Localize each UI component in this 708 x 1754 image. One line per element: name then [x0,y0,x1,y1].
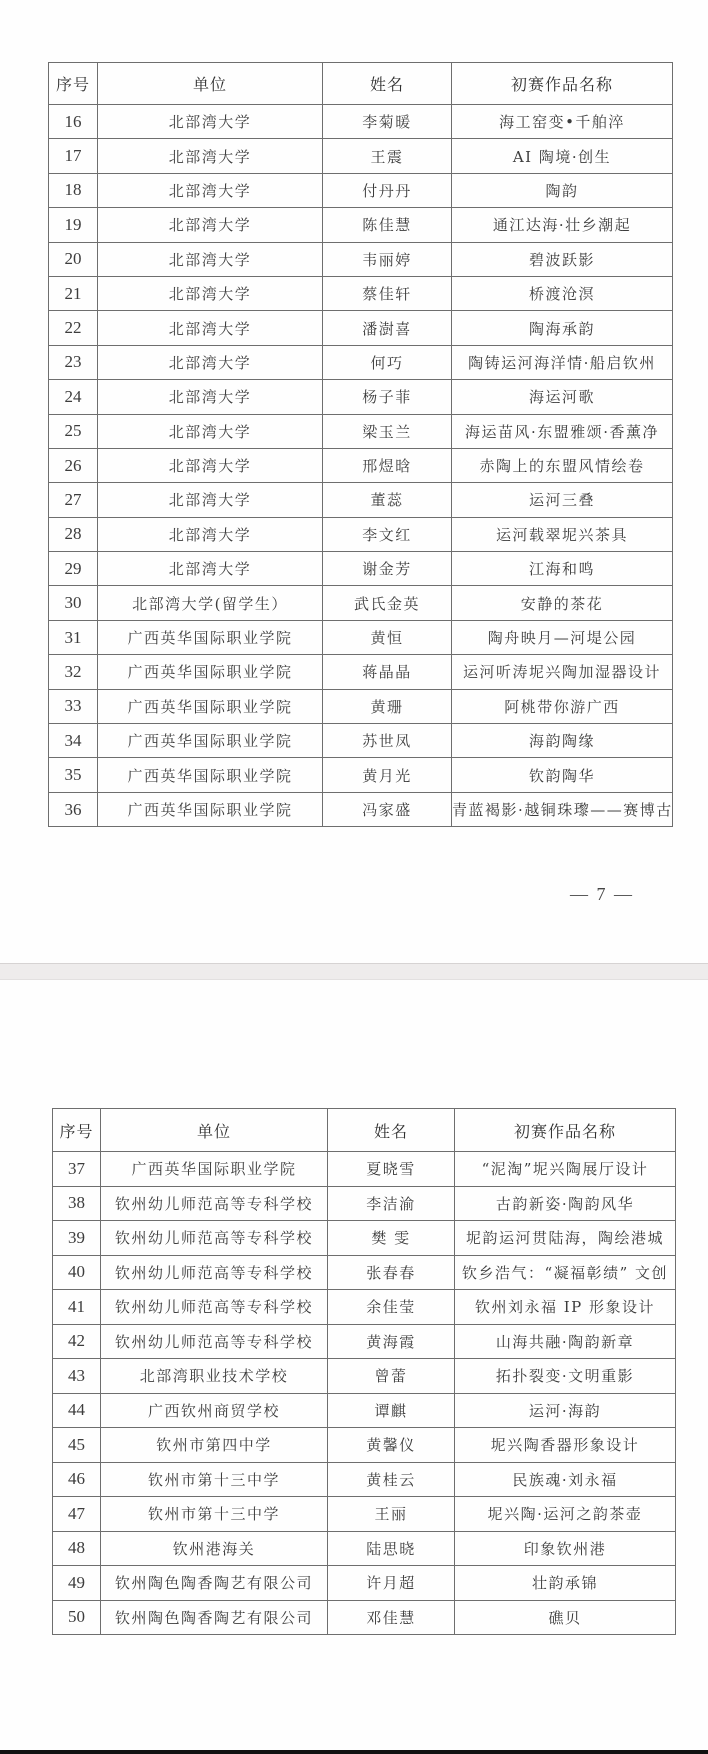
cell-work: 运河·海韵 [455,1393,676,1428]
cell-work: 陶海承韵 [452,311,673,345]
table-header-row: 序号 单位 姓名 初赛作品名称 [49,63,673,105]
cell-name: 武氏金英 [323,586,452,620]
table-row: 36广西英华国际职业学院冯家盛青蓝褐影·越铜珠瓈——赛博古 [49,792,673,826]
cell-work: 山海共融·陶韵新章 [455,1324,676,1359]
cell-work: 运河三叠 [452,483,673,517]
table-row: 31广西英华国际职业学院黄恒陶舟映月—河堤公园 [49,620,673,654]
cell-work: 钦韵陶华 [452,758,673,792]
cell-unit: 钦州幼儿师范高等专科学校 [101,1186,328,1221]
cell-unit: 广西钦州商贸学校 [101,1393,328,1428]
cell-work: “泥淘”坭兴陶展厅设计 [455,1152,676,1187]
cell-work: 海韵陶缘 [452,724,673,758]
cell-unit: 北部湾大学 [98,448,323,482]
cell-work: AI 陶境·创生 [452,139,673,173]
cell-name: 谢金芳 [323,552,452,586]
cell-unit: 北部湾大学 [98,483,323,517]
cell-work: 海运苗风·东盟雅颂·香薰净 [452,414,673,448]
cell-work: 礁贝 [455,1600,676,1635]
cell-unit: 北部湾大学 [98,380,323,414]
header-unit: 单位 [101,1109,328,1152]
cell-unit: 北部湾大学 [98,311,323,345]
table-header-row: 序号 单位 姓名 初赛作品名称 [53,1109,676,1152]
cell-unit: 钦州市第十三中学 [101,1497,328,1532]
cell-work: 运河听涛坭兴陶加湿器设计 [452,655,673,689]
cell-unit: 广西英华国际职业学院 [98,620,323,654]
cell-unit: 钦州陶色陶香陶艺有限公司 [101,1566,328,1601]
cell-name: 潘澍喜 [323,311,452,345]
table-row: 33广西英华国际职业学院黄珊阿桃带你游广西 [49,689,673,723]
page-number: — 7 — [570,884,634,905]
cell-seq: 43 [53,1359,101,1394]
participants-table-page-7: 序号 单位 姓名 初赛作品名称 16北部湾大学李菊暖海工窑变•千舶淬17北部湾大… [48,62,673,827]
cell-seq: 33 [49,689,98,723]
table-body: 37广西英华国际职业学院夏晓雪“泥淘”坭兴陶展厅设计38钦州幼儿师范高等专科学校… [53,1152,676,1635]
cell-work: 壮韵承锦 [455,1566,676,1601]
table-row: 45钦州市第四中学黄馨仪坭兴陶香器形象设计 [53,1428,676,1463]
cell-work: 阿桃带你游广西 [452,689,673,723]
cell-name: 黄海霞 [328,1324,455,1359]
cell-name: 黄恒 [323,620,452,654]
cell-work: 海工窑变•千舶淬 [452,105,673,139]
table-row: 23北部湾大学何巧陶铸运河海洋情·船启钦州 [49,345,673,379]
cell-seq: 41 [53,1290,101,1325]
cell-name: 黄月光 [323,758,452,792]
cell-work: 赤陶上的东盟风情绘卷 [452,448,673,482]
cell-unit: 北部湾大学 [98,242,323,276]
cell-unit: 广西英华国际职业学院 [98,689,323,723]
cell-name: 许月超 [328,1566,455,1601]
cell-name: 陆思晓 [328,1531,455,1566]
cell-work: 坭兴陶·运河之韵茶壶 [455,1497,676,1532]
cell-unit: 北部湾职业技术学校 [101,1359,328,1394]
cell-seq: 21 [49,276,98,310]
table-row: 30北部湾大学(留学生）武氏金英安静的茶花 [49,586,673,620]
table-row: 16北部湾大学李菊暖海工窑变•千舶淬 [49,105,673,139]
table-row: 44广西钦州商贸学校谭麒运河·海韵 [53,1393,676,1428]
cell-seq: 48 [53,1531,101,1566]
header-work: 初赛作品名称 [452,63,673,105]
cell-work: 碧波跃影 [452,242,673,276]
cell-unit: 北部湾大学 [98,276,323,310]
table-row: 19北部湾大学陈佳慧通江达海·壮乡潮起 [49,208,673,242]
table-row: 43北部湾职业技术学校曾蕾拓扑裂变·文明重影 [53,1359,676,1394]
cell-name: 樊 雯 [328,1221,455,1256]
cell-seq: 28 [49,517,98,551]
cell-unit: 广西英华国际职业学院 [98,724,323,758]
cell-name: 夏晓雪 [328,1152,455,1187]
cell-work: 印象钦州港 [455,1531,676,1566]
table-row: 38钦州幼儿师范高等专科学校李洁渝古韵新姿·陶韵风华 [53,1186,676,1221]
cell-seq: 45 [53,1428,101,1463]
cell-work: 陶舟映月—河堤公园 [452,620,673,654]
cell-seq: 16 [49,105,98,139]
cell-work: 青蓝褐影·越铜珠瓈——赛博古 [452,792,673,826]
cell-name: 李洁渝 [328,1186,455,1221]
cell-seq: 50 [53,1600,101,1635]
table-row: 47钦州市第十三中学王丽坭兴陶·运河之韵茶壶 [53,1497,676,1532]
table-row: 41钦州幼儿师范高等专科学校余佳莹钦州刘永福 IP 形象设计 [53,1290,676,1325]
cell-seq: 29 [49,552,98,586]
cell-unit: 北部湾大学(留学生） [98,586,323,620]
cell-work: 古韵新姿·陶韵风华 [455,1186,676,1221]
cell-name: 邓佳慧 [328,1600,455,1635]
cell-name: 邢煜晗 [323,448,452,482]
cell-name: 梁玉兰 [323,414,452,448]
cell-name: 李菊暖 [323,105,452,139]
cell-seq: 38 [53,1186,101,1221]
cell-name: 何巧 [323,345,452,379]
cell-name: 李文红 [323,517,452,551]
table-row: 34广西英华国际职业学院苏世凤海韵陶缘 [49,724,673,758]
table-row: 37广西英华国际职业学院夏晓雪“泥淘”坭兴陶展厅设计 [53,1152,676,1187]
cell-seq: 20 [49,242,98,276]
cell-name: 张春春 [328,1255,455,1290]
cell-unit: 北部湾大学 [98,345,323,379]
cell-name: 王震 [323,139,452,173]
cell-seq: 19 [49,208,98,242]
cell-work: 陶韵 [452,173,673,207]
cell-unit: 钦州市第四中学 [101,1428,328,1463]
table-row: 27北部湾大学董蕊运河三叠 [49,483,673,517]
table-row: 18北部湾大学付丹丹陶韵 [49,173,673,207]
table-row: 20北部湾大学韦丽婷碧波跃影 [49,242,673,276]
cell-name: 冯家盛 [323,792,452,826]
cell-name: 蒋晶晶 [323,655,452,689]
cell-seq: 39 [53,1221,101,1256]
cell-seq: 23 [49,345,98,379]
cell-seq: 18 [49,173,98,207]
cell-work: 坭兴陶香器形象设计 [455,1428,676,1463]
table-row: 42钦州幼儿师范高等专科学校黄海霞山海共融·陶韵新章 [53,1324,676,1359]
table-row: 17北部湾大学王震AI 陶境·创生 [49,139,673,173]
cell-unit: 广西英华国际职业学院 [98,655,323,689]
cell-unit: 广西英华国际职业学院 [98,758,323,792]
cell-name: 曾蕾 [328,1359,455,1394]
header-work: 初赛作品名称 [455,1109,676,1152]
header-name: 姓名 [328,1109,455,1152]
cell-seq: 37 [53,1152,101,1187]
table-row: 29北部湾大学谢金芳江海和鸣 [49,552,673,586]
cell-name: 王丽 [328,1497,455,1532]
cell-unit: 广西英华国际职业学院 [101,1152,328,1187]
cell-unit: 北部湾大学 [98,517,323,551]
table-row: 46钦州市第十三中学黄桂云民族魂·刘永福 [53,1462,676,1497]
cell-seq: 34 [49,724,98,758]
cell-work: 桥渡沧溟 [452,276,673,310]
cell-work: 坭韵运河贯陆海，陶绘港城 [455,1221,676,1256]
cell-work: 钦州刘永福 IP 形象设计 [455,1290,676,1325]
cell-unit: 钦州幼儿师范高等专科学校 [101,1221,328,1256]
cell-unit: 北部湾大学 [98,414,323,448]
cell-seq: 44 [53,1393,101,1428]
cell-seq: 26 [49,448,98,482]
cell-name: 韦丽婷 [323,242,452,276]
cell-name: 杨子菲 [323,380,452,414]
table-row: 21北部湾大学蔡佳轩桥渡沧溟 [49,276,673,310]
cell-name: 余佳莹 [328,1290,455,1325]
cell-work: 安静的茶花 [452,586,673,620]
cell-seq: 32 [49,655,98,689]
cell-seq: 24 [49,380,98,414]
cell-seq: 22 [49,311,98,345]
cell-name: 黄馨仪 [328,1428,455,1463]
header-seq: 序号 [49,63,98,105]
cell-name: 苏世凤 [323,724,452,758]
cell-unit: 钦州陶色陶香陶艺有限公司 [101,1600,328,1635]
table-row: 25北部湾大学梁玉兰海运苗风·东盟雅颂·香薰净 [49,414,673,448]
cell-work: 民族魂·刘永福 [455,1462,676,1497]
cell-name: 董蕊 [323,483,452,517]
cell-seq: 47 [53,1497,101,1532]
cell-work: 拓扑裂变·文明重影 [455,1359,676,1394]
cell-seq: 49 [53,1566,101,1601]
cell-unit: 钦州港海关 [101,1531,328,1566]
cell-unit: 钦州市第十三中学 [101,1462,328,1497]
cell-unit: 北部湾大学 [98,552,323,586]
cell-seq: 46 [53,1462,101,1497]
cell-work: 江海和鸣 [452,552,673,586]
cell-seq: 40 [53,1255,101,1290]
cell-unit: 钦州幼儿师范高等专科学校 [101,1290,328,1325]
cell-unit: 北部湾大学 [98,105,323,139]
table-row: 32广西英华国际职业学院蒋晶晶运河听涛坭兴陶加湿器设计 [49,655,673,689]
table-row: 39钦州幼儿师范高等专科学校樊 雯坭韵运河贯陆海，陶绘港城 [53,1221,676,1256]
cell-work: 海运河歌 [452,380,673,414]
table-row: 50钦州陶色陶香陶艺有限公司邓佳慧礁贝 [53,1600,676,1635]
cell-unit: 钦州幼儿师范高等专科学校 [101,1255,328,1290]
header-seq: 序号 [53,1109,101,1152]
cell-name: 陈佳慧 [323,208,452,242]
cell-unit: 北部湾大学 [98,173,323,207]
cell-unit: 北部湾大学 [98,208,323,242]
table-row: 22北部湾大学潘澍喜陶海承韵 [49,311,673,345]
page-separator [0,963,708,980]
participants-table-page-8: 序号 单位 姓名 初赛作品名称 37广西英华国际职业学院夏晓雪“泥淘”坭兴陶展厅… [52,1108,676,1635]
cell-seq: 17 [49,139,98,173]
cell-unit: 钦州幼儿师范高等专科学校 [101,1324,328,1359]
cell-seq: 25 [49,414,98,448]
document-page-7: 序号 单位 姓名 初赛作品名称 16北部湾大学李菊暖海工窑变•千舶淬17北部湾大… [0,0,708,963]
table-row: 28北部湾大学李文红运河载翠坭兴茶具 [49,517,673,551]
cell-name: 黄桂云 [328,1462,455,1497]
cell-work: 通江达海·壮乡潮起 [452,208,673,242]
cell-name: 付丹丹 [323,173,452,207]
cell-seq: 42 [53,1324,101,1359]
cell-work: 运河载翠坭兴茶具 [452,517,673,551]
header-unit: 单位 [98,63,323,105]
cell-unit: 北部湾大学 [98,139,323,173]
table-body: 16北部湾大学李菊暖海工窑变•千舶淬17北部湾大学王震AI 陶境·创生18北部湾… [49,105,673,827]
cell-seq: 35 [49,758,98,792]
cell-seq: 27 [49,483,98,517]
cell-name: 蔡佳轩 [323,276,452,310]
table-row: 35广西英华国际职业学院黄月光钦韵陶华 [49,758,673,792]
table-row: 24北部湾大学杨子菲海运河歌 [49,380,673,414]
cell-unit: 广西英华国际职业学院 [98,792,323,826]
cell-work: 钦乡浩气：“凝福彰绩” 文创 [455,1255,676,1290]
table-row: 48钦州港海关陆思晓印象钦州港 [53,1531,676,1566]
table-row: 49钦州陶色陶香陶艺有限公司许月超壮韵承锦 [53,1566,676,1601]
cell-work: 陶铸运河海洋情·船启钦州 [452,345,673,379]
table-row: 26北部湾大学邢煜晗赤陶上的东盟风情绘卷 [49,448,673,482]
cell-seq: 36 [49,792,98,826]
cell-name: 谭麒 [328,1393,455,1428]
bottom-edge-bar [0,1750,708,1754]
cell-seq: 30 [49,586,98,620]
header-name: 姓名 [323,63,452,105]
table-row: 40钦州幼儿师范高等专科学校张春春钦乡浩气：“凝福彰绩” 文创 [53,1255,676,1290]
cell-name: 黄珊 [323,689,452,723]
cell-seq: 31 [49,620,98,654]
